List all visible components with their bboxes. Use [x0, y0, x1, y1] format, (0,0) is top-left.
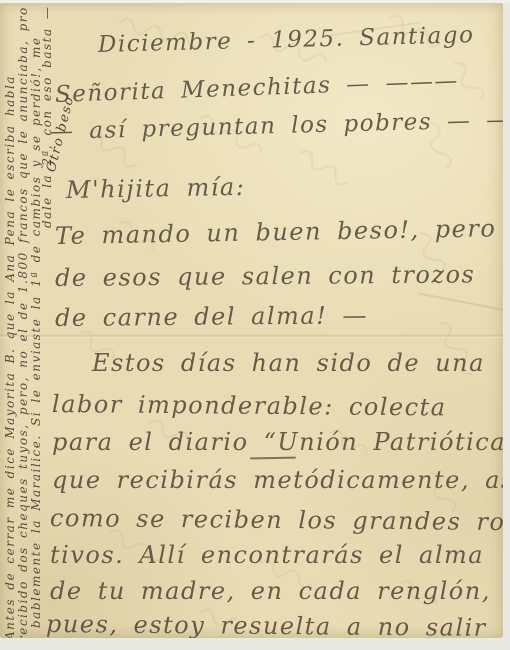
scanned-letter-page: Diciembre - 1925. SantiagoSeñorita Menec…: [0, 0, 510, 650]
fold-crease-horizontal: [0, 334, 503, 338]
letter-line: que recibirás metódicamente, así: [52, 466, 510, 494]
scan-edge-right: [503, 0, 510, 650]
letter-line: de carne del alma! —: [55, 301, 368, 332]
margin-note-line: dale la 2ª, con eso basta —: [40, 0, 54, 648]
letter-line: para el diario “Unión Patriótica”: [52, 428, 510, 456]
margin-note-line: Antes de cerrar me dice Mayorita B. que …: [3, 0, 17, 648]
margin-note-line: recibido dos cheques tuyos, pero, no el …: [16, 0, 30, 648]
letter-line: Estos días han sido de una: [92, 349, 485, 377]
scan-edge-bottom: [0, 638, 510, 650]
letter-line: labor imponderable: colecta: [52, 390, 447, 421]
greeting-line: M'hijita mía:: [66, 173, 246, 204]
scan-edge-top: [0, 0, 510, 3]
letter-line: de esos que salen con trozos: [55, 260, 476, 292]
letter-line: de tu madre, en cada renglón,: [50, 577, 491, 605]
letter-line: tivos. Allí encontrarás el alma: [50, 541, 484, 569]
letter-line: como se reciben los grandes rota: [50, 504, 510, 536]
